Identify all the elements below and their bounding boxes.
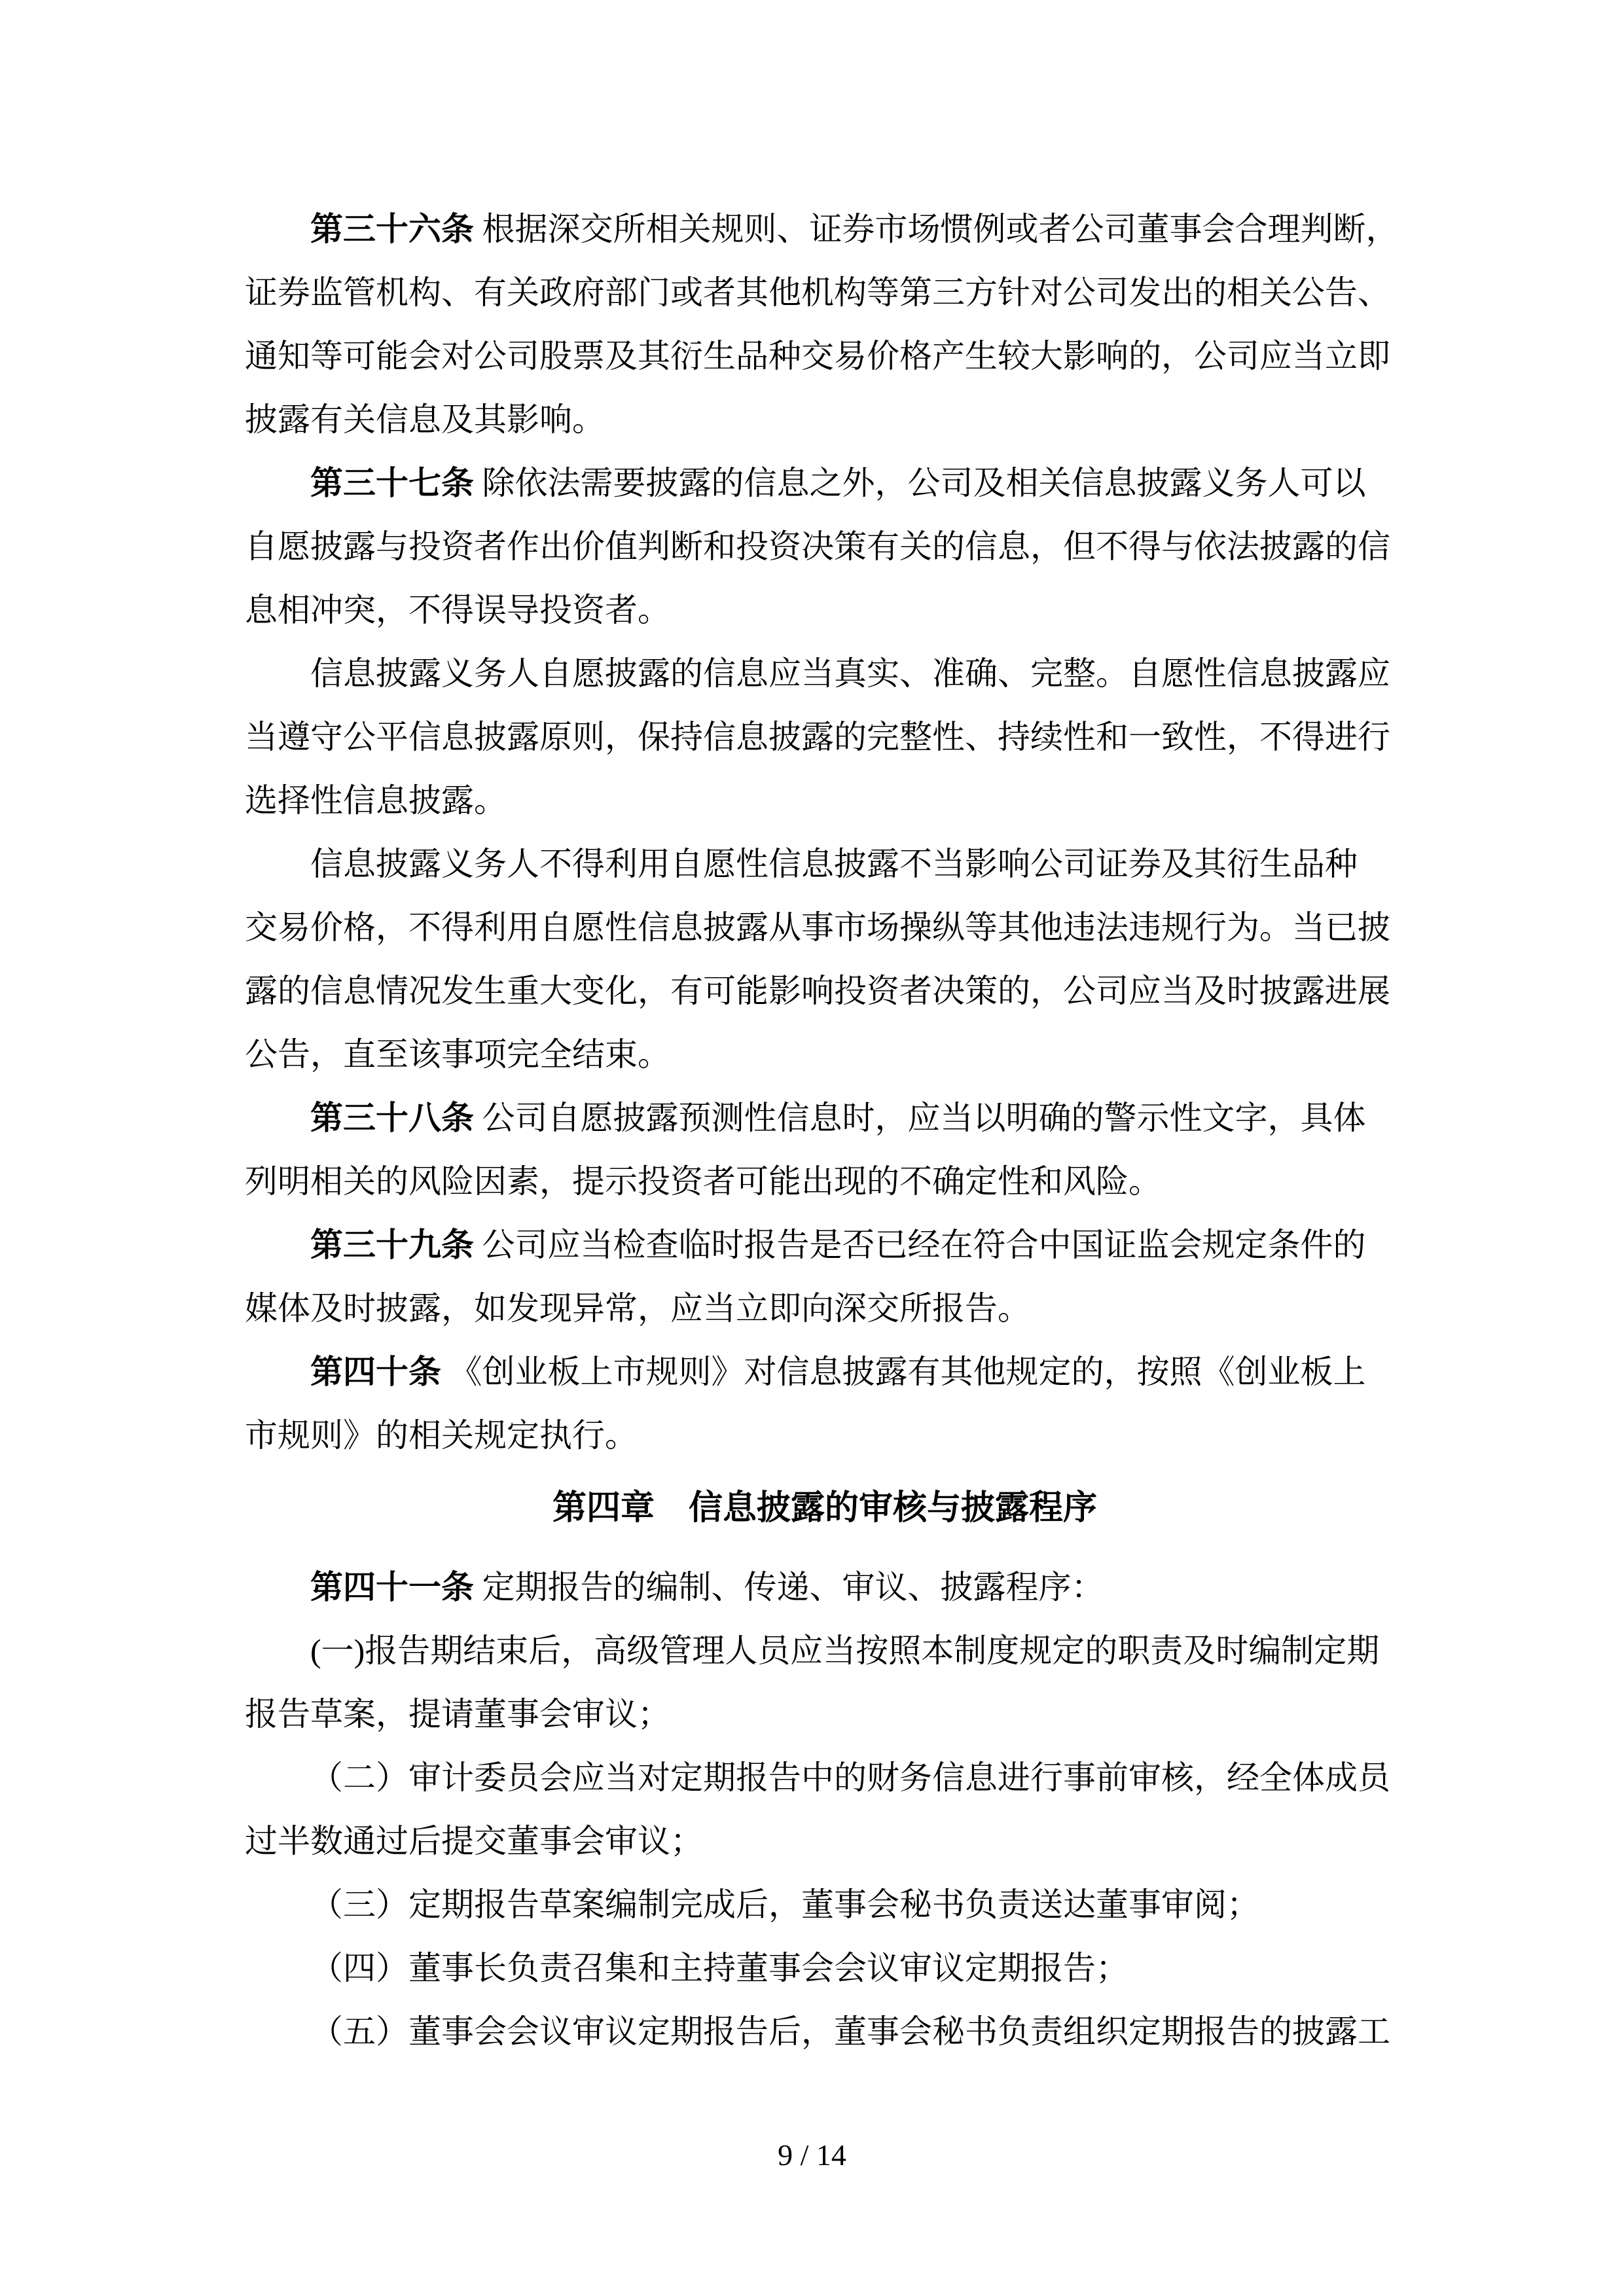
article-37-paragraph: 第三十七条 除依法需要披露的信息之外，公司及相关信息披露义务人可以 自愿披露与投… <box>245 452 1405 642</box>
article-39-number: 第三十九条 <box>310 1227 482 1263</box>
article-41-text: 定期报告的编制、传递、审议、披露程序： <box>482 1569 1104 1605</box>
article-38-number: 第三十八条 <box>310 1100 482 1136</box>
page-number: 9 / 14 <box>0 2137 1624 2174</box>
list-item-text: (一)报告期结束后，高级管理人员应当按照本制度规定的职责及时编制定期 报告草案，… <box>245 1632 1379 1732</box>
article-36-paragraph: 第三十六条 根据深交所相关规则、证券市场惯例或者公司董事会合理判断， 证券监管机… <box>245 198 1405 452</box>
list-item-text: （五）董事会会议审议定期报告后，董事会秘书负责组织定期报告的披露工 <box>310 2013 1390 2050</box>
list-item-1: (一)报告期结束后，高级管理人员应当按照本制度规定的职责及时编制定期 报告草案，… <box>245 1619 1405 1746</box>
list-item-4: （四）董事长负责召集和主持董事会会议审议定期报告； <box>245 1937 1405 2000</box>
paragraph-text: 信息披露义务人不得利用自愿性信息披露不当影响公司证券及其衍生品种 交易价格，不得… <box>245 846 1390 1073</box>
list-item-5: （五）董事会会议审议定期报告后，董事会秘书负责组织定期报告的披露工 <box>245 2000 1405 2064</box>
voluntary-disclosure-restriction-paragraph: 信息披露义务人不得利用自愿性信息披露不当影响公司证券及其衍生品种 交易价格，不得… <box>245 833 1405 1086</box>
list-item-3: （三）定期报告草案编制完成后，董事会秘书负责送达董事审阅； <box>245 1873 1405 1937</box>
article-39-paragraph: 第三十九条 公司应当检查临时报告是否已经在符合中国证监会规定条件的 媒体及时披露… <box>245 1213 1405 1340</box>
article-38-paragraph: 第三十八条 公司自愿披露预测性信息时，应当以明确的警示性文字，具体 列明相关的风… <box>245 1086 1405 1213</box>
list-item-text: （三）定期报告草案编制完成后，董事会秘书负责送达董事审阅； <box>310 1886 1259 1923</box>
voluntary-disclosure-paragraph: 信息披露义务人自愿披露的信息应当真实、准确、完整。自愿性信息披露应 当遵守公平信… <box>245 642 1405 833</box>
article-40-number: 第四十条 <box>310 1354 450 1390</box>
article-41-number: 第四十一条 <box>310 1569 482 1605</box>
document-body: 第三十六条 根据深交所相关规则、证券市场惯例或者公司董事会合理判断， 证券监管机… <box>245 198 1405 2064</box>
article-37-number: 第三十七条 <box>310 465 482 501</box>
article-41-paragraph: 第四十一条 定期报告的编制、传递、审议、披露程序： <box>245 1556 1405 1619</box>
article-40-paragraph: 第四十条 《创业板上市规则》对信息披露有其他规定的，按照《创业板上 市规则》的相… <box>245 1340 1405 1467</box>
article-36-number: 第三十六条 <box>310 211 482 247</box>
chapter-4-heading: 第四章 信息披露的审核与披露程序 <box>245 1477 1405 1540</box>
list-item-text: （四）董事长负责召集和主持董事会会议审议定期报告； <box>310 1950 1128 1986</box>
list-item-2: （二）审计委员会应当对定期报告中的财务信息进行事前审核，经全体成员 过半数通过后… <box>245 1746 1405 1873</box>
list-item-text: （二）审计委员会应当对定期报告中的财务信息进行事前审核，经全体成员 过半数通过后… <box>245 1759 1390 1859</box>
paragraph-text: 信息披露义务人自愿披露的信息应当真实、准确、完整。自愿性信息披露应 当遵守公平信… <box>245 655 1390 819</box>
document-page: 第三十六条 根据深交所相关规则、证券市场惯例或者公司董事会合理判断， 证券监管机… <box>0 0 1624 2296</box>
